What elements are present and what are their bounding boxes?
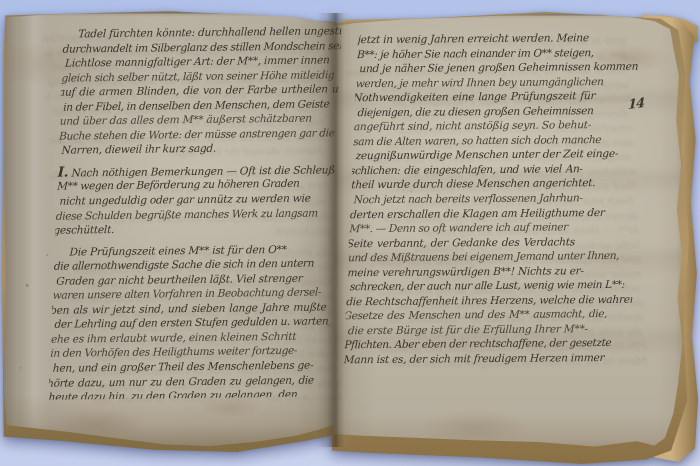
manuscript-line: angeführt sind, nicht anstößig seyn. So …	[354, 118, 641, 135]
manuscript-line: Mann ist es, der sich mit freudigem Herz…	[343, 351, 630, 368]
manuscript-line: und des Mißtrauens bei eigenem Jemand un…	[348, 249, 635, 266]
manuscript-line: die erste Bürge ist für die Erfüllung Ih…	[348, 322, 632, 339]
manuscript-line: werden, je mehr wird Ihnen bey unumgängl…	[355, 74, 642, 91]
manuscript-paragraph: Tadel fürchten könnte: durchhallend hell…	[58, 24, 341, 158]
manuscript-line: geschüttelt.	[53, 220, 334, 238]
right-page-text: jetzt in wenig Jahren erreicht werden. M…	[342, 31, 644, 398]
manuscript-paragraph: Die Prüfungszeit eines M** ist für den O…	[49, 242, 333, 400]
manuscript-paragraph: I. Nach nöthigen Bemerkungen — Oft ist d…	[55, 162, 336, 238]
manuscript-line: Narren, dieweil ihr kurz sagd.	[61, 141, 337, 159]
photo-background: Tadel fürchten könnte: durchhallend hell…	[0, 0, 700, 466]
manuscript-paragraph: jetzt in wenig Jahren erreicht werden. M…	[343, 31, 644, 368]
manuscript-line: theil wurde durch diese Menschen angeric…	[351, 176, 638, 193]
manuscript-line: M**. — Denn so oft wandere ich auf meine…	[349, 220, 636, 237]
page-number: 14	[628, 96, 644, 113]
manuscript-line: zeugnißunwürdige Menschen unter der Zeit…	[355, 147, 639, 164]
left-page-text: Tadel fürchten könnte: durchhallend hell…	[49, 24, 342, 400]
manuscript-book: Tadel fürchten könnte: durchhallend hell…	[0, 0, 700, 466]
